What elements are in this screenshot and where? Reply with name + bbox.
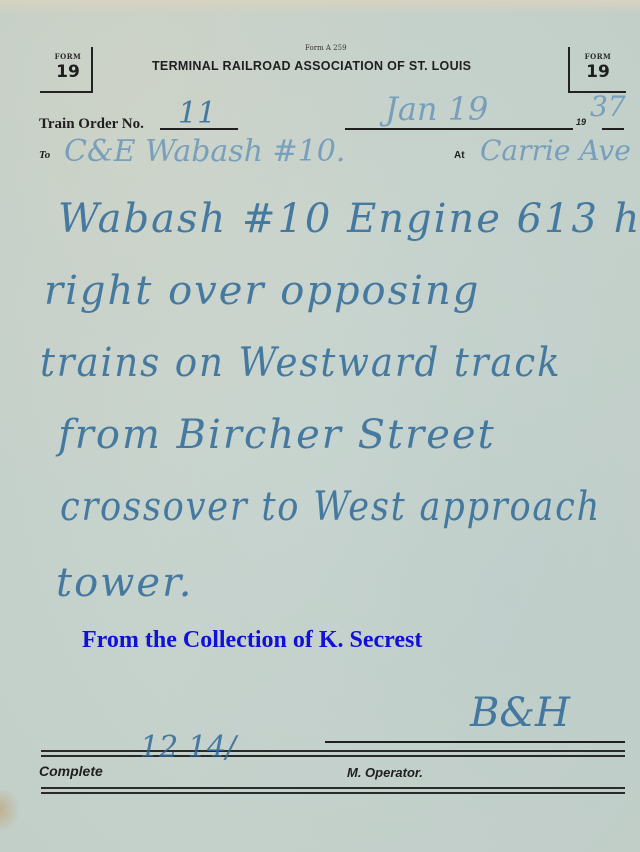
paper-stain-top <box>0 0 640 14</box>
date-rule <box>345 128 573 130</box>
company-name: TERMINAL RAILROAD ASSOCIATION OF ST. LOU… <box>152 59 471 73</box>
at-label: At <box>454 150 465 161</box>
footer-rule-top <box>41 750 625 757</box>
operator-label: M. Operator. <box>347 765 423 780</box>
date-value: Jan 19 <box>385 90 488 128</box>
form-number: 19 <box>48 62 88 82</box>
order-text-line-3: trains on Westward track <box>40 340 561 386</box>
collection-watermark: From the Collection of K. Secrest <box>82 627 422 654</box>
paper-stain-left <box>0 790 18 830</box>
form-code: Form A 259 <box>305 44 347 52</box>
footer-rule-bottom <box>41 787 625 794</box>
order-text-line-1: Wabash #10 Engine 613 has <box>58 196 640 242</box>
train-order-number: 11 <box>178 96 216 131</box>
operator-signature-rule <box>325 741 625 743</box>
year-rule <box>602 128 624 130</box>
at-value: Carrie Ave <box>480 134 631 167</box>
form-number: 19 <box>578 62 618 82</box>
order-text-line-2: right over opposing <box>44 268 480 314</box>
order-text-line-5: crossover to West approach <box>60 484 601 530</box>
complete-label: Complete <box>39 763 103 779</box>
to-label: To <box>39 149 50 161</box>
order-text-line-6: tower. <box>56 560 194 606</box>
operator-signature: B&H <box>470 690 570 736</box>
complete-time: 12 14/ <box>140 730 236 765</box>
year-prefix: 19 <box>576 117 586 127</box>
order-text-line-4: from Bircher Street <box>58 412 496 458</box>
form-number-box-right: FORM 19 <box>568 47 628 93</box>
to-value: C&E Wabash #10. <box>64 134 345 169</box>
year-value: 37 <box>590 90 626 123</box>
form-number-box-left: FORM 19 <box>40 47 100 93</box>
train-order-label: Train Order No. <box>39 116 144 133</box>
form-label: FORM <box>578 52 618 61</box>
form-label: FORM <box>48 52 88 61</box>
